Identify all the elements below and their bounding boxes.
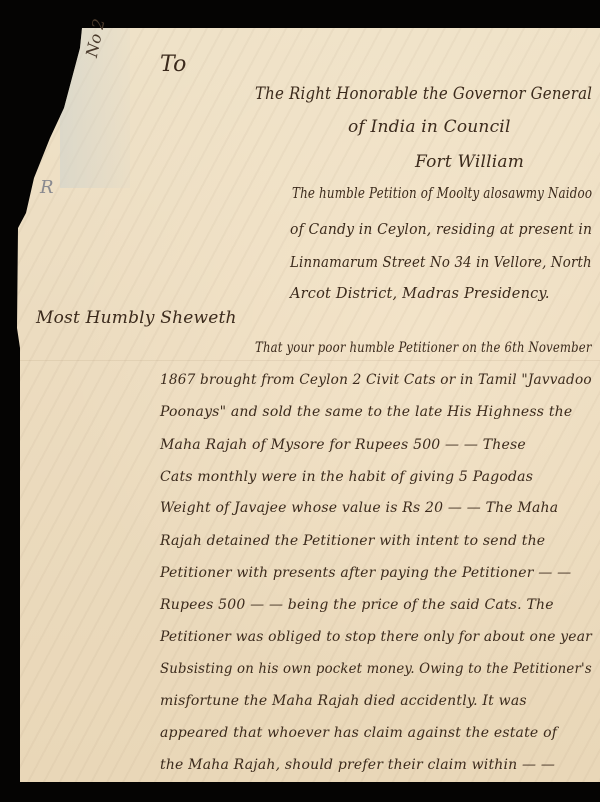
pencil-mark: R — [40, 177, 54, 198]
body-line-8: Petitioner with presents after paying th… — [160, 565, 571, 581]
body-line-3: Poonays" and sold the same to the late H… — [160, 404, 572, 420]
body-line-6: Weight of Javajee whose value is Rs 20 —… — [160, 500, 558, 516]
salutation-to: To — [160, 52, 187, 77]
body-line-11: Subsisting on his own pocket money. Owin… — [160, 661, 592, 677]
petitioner-line-4: Arcot District, Madras Presidency. — [290, 286, 550, 302]
addressee-line-1: The Right Honorable the Governor General — [255, 84, 592, 104]
addressee-line-3: Fort William — [415, 152, 524, 172]
body-line-5: Cats monthly were in the habit of giving… — [160, 469, 533, 485]
body-line-10: Petitioner was obliged to stop there onl… — [160, 629, 592, 645]
body-line-2: 1867 brought from Ceylon 2 Civit Cats or… — [160, 372, 592, 388]
fold-line — [0, 360, 600, 361]
body-line-1: That your poor humble Petitioner on the … — [255, 340, 592, 356]
opening-sheweth: Most Humbly Sheweth — [36, 308, 237, 328]
body-line-13: appeared that whoever has claim against … — [160, 725, 557, 741]
petitioner-line-3: Linnamarum Street No 34 in Vellore, Nort… — [290, 255, 592, 271]
addressee-line-2: of India in Council — [348, 117, 511, 137]
body-line-14: the Maha Rajah, should prefer their clai… — [160, 757, 555, 773]
body-line-7: Rajah detained the Petitioner with inten… — [160, 533, 545, 549]
body-line-9: Rupees 500 — — being the price of the sa… — [160, 597, 554, 613]
body-line-4: Maha Rajah of Mysore for Rupees 500 — — … — [160, 437, 526, 453]
body-line-12: misfortune the Maha Rajah died accidentl… — [160, 693, 527, 709]
petitioner-line-1: The humble Petition of Moolty alosawmy N… — [292, 186, 592, 202]
petitioner-line-2: of Candy in Ceylon, residing at present … — [290, 222, 592, 238]
